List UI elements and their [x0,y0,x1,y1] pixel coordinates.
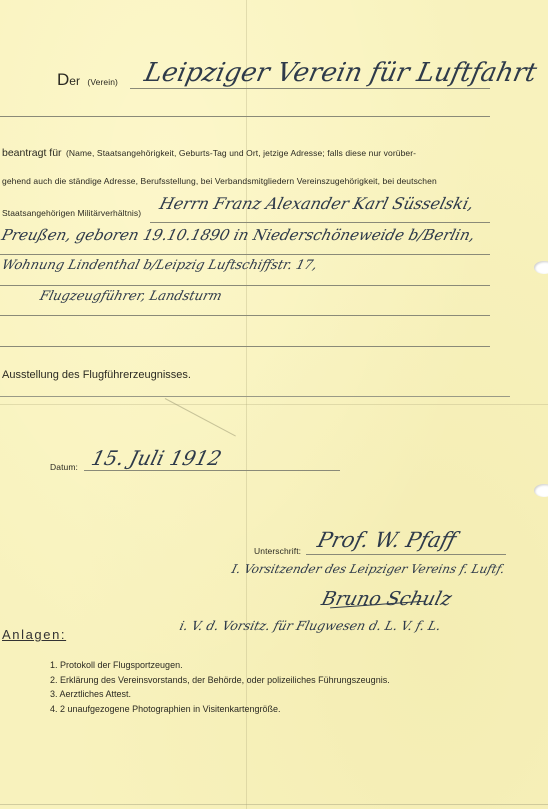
instruction-line-2: gehend auch die ständige Adresse, Berufs… [2,176,437,186]
signature-name: Prof. W. Pfaff [315,528,459,552]
document-page: Der (Verein) Leipziger Verein für Luftfa… [0,0,548,809]
beantragt-line-1: beantragt für (Name, Staatsangehörigkeit… [2,143,416,161]
der-rest: er [69,74,80,88]
punch-hole-icon [534,484,548,497]
der-label: Der (Verein) [57,70,118,90]
attachment-item: 3. Aerztliches Attest. [50,687,390,702]
applicant-line-5 [0,346,490,347]
bottom-edge [0,804,548,805]
purpose-line [0,396,510,397]
purpose-text: Ausstellung des Flugführerzeugnisses. [2,369,191,381]
instruction-line-1: (Name, Staatsangehörigkeit, Geburts-Tag … [66,148,416,158]
applicant-line-2 [0,254,490,255]
date-label: Datum: [50,462,78,472]
date-line [84,470,340,471]
instruction-line-3: Staatsangehörigen Militärverhältnis) [2,208,141,218]
attachment-item: 1. Protokoll der Flugsportzeugen. [50,658,390,673]
applicant-line-3 [0,285,490,286]
second-signature-title: i. V. d. Vorsitz. für Flugwesen d. L. V.… [178,618,442,633]
attachments-heading: Anlagen: [2,627,66,642]
applicant-address: Wohnung Lindenthal b/Leipzig Luftschiffs… [0,258,319,273]
punch-hole-icon [534,261,548,274]
applicant-name: Herrn Franz Alexander Karl Süsselski, [158,194,476,213]
verein-label: (Verein) [87,77,118,87]
signature-line [306,554,506,555]
applicant-line-4 [0,315,490,316]
attachment-item: 2. Erklärung des Vereinsvorstands, der B… [50,673,390,688]
verein-handwritten: Leipziger Verein für Luftfahrt [142,58,540,88]
signature-label: Unterschrift: [254,546,301,556]
fold-line-horizontal [0,404,548,405]
separator-line [0,116,490,117]
attachments-list: 1. Protokoll der Flugsportzeugen. 2. Erk… [50,658,390,716]
verein-line [130,88,490,89]
date-value: 15. Juli 1912 [89,446,224,470]
applicant-line-1 [150,222,490,223]
beantragt-label: beantragt für [2,147,62,159]
der-initial: D [57,70,69,89]
attachment-item: 4. 2 unaufgezogene Photographien in Visi… [50,702,390,717]
signature-title: I. Vorsitzender des Leipziger Vereins f.… [230,562,506,576]
applicant-birth: Preußen, geboren 19.10.1890 in Niedersch… [0,226,477,244]
applicant-occupation: Flugzeugführer, Landsturm [38,289,223,304]
